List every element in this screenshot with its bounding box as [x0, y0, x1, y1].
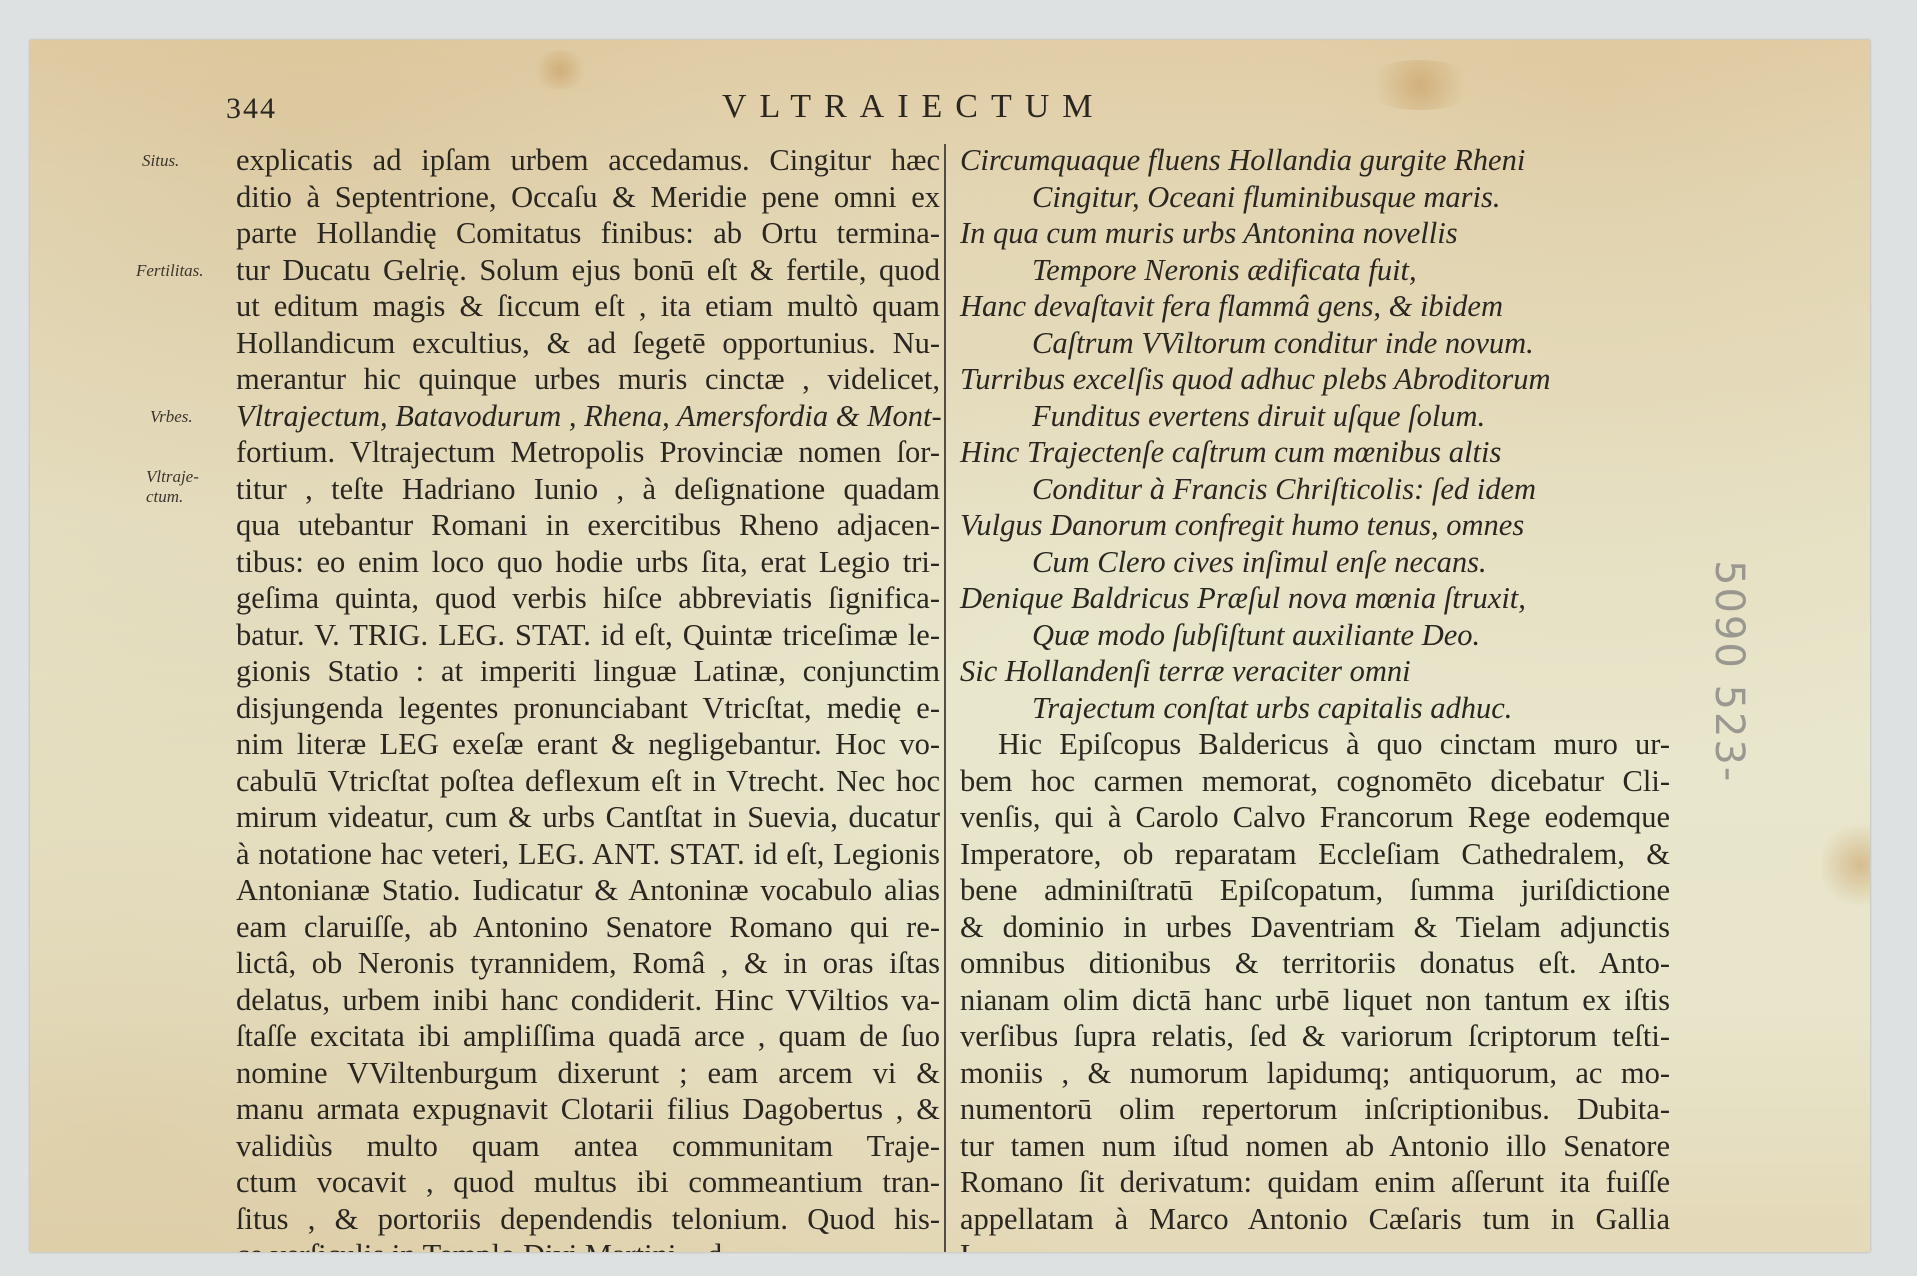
text-line: delatus, urbem inibi hanc condiderit. Hi… [236, 982, 940, 1019]
text-line: nomine VViltenburgum dixerunt ; eam arce… [236, 1055, 940, 1092]
verse-line: Hinc Trajectenſe caſtrum cum mœnibus alt… [960, 434, 1670, 471]
verse-line: Cum Clero cives inſimul enſe necans. [960, 544, 1670, 581]
text-line: manu armata expugnavit Clotarii filius D… [236, 1091, 940, 1128]
verse-line: Turribus excelſis quod adhuc plebs Abrod… [960, 361, 1670, 398]
margin-note-situs: Situs. [142, 152, 179, 170]
text-line: explicatis ad ipſam urbem accedamus. Cin… [236, 142, 940, 179]
foxing-stain [530, 50, 590, 90]
pencil-annotation: 5090 523- [1706, 560, 1752, 783]
verse-line: Conditur à Francis Chriſticolis: ſed ide… [960, 471, 1670, 508]
text-line: disjungenda legentes pronunciabant Vtric… [236, 690, 940, 727]
margin-note-ultrajectum-2: ctum. [146, 488, 183, 506]
text-line: ſitus , & portoriis dependendis telonium… [236, 1201, 940, 1238]
text-line: mirum videatur, cum & urbs Cantſtat in S… [236, 799, 940, 836]
text-line: venſis, qui à Carolo Calvo Francorum Reg… [960, 799, 1670, 836]
verse-line: Tempore Neronis ædificata fuit, [960, 252, 1670, 289]
verse-line: Funditus evertens diruit uſque ſolum. [960, 398, 1670, 435]
running-title: VLTRAIECTUM [722, 88, 1106, 126]
text-line: Hic Epiſcopus Baldericus à quo cinctam m… [960, 726, 1670, 763]
text-line: Vltrajectum, Batavodurum , Rhena, Amersf… [236, 398, 940, 435]
text-line: ditio à Septentrione, Occaſu & Meridie p… [236, 179, 940, 216]
text-line: numentorū olim repertorum inſcriptionibu… [960, 1091, 1670, 1128]
margin-note-ultrajectum-1: Vltraje- [146, 468, 199, 486]
text-line-truncated: L... [960, 1237, 1670, 1252]
verse-line: Quæ modo ſubſiſtunt auxiliante Deo. [960, 617, 1670, 654]
book-page: 344 VLTRAIECTUM Situs. Fertilitas. Vrbes… [30, 40, 1870, 1252]
text-line-truncated: ce verſiculis in Templo Divi Martini ...… [236, 1237, 940, 1252]
text-line: omnibus ditionibus & territoriis donatus… [960, 945, 1670, 982]
verse-block: Circumquaque fluens Hollandia gurgite Rh… [960, 142, 1670, 726]
left-column: explicatis ad ipſam urbem accedamus. Cin… [236, 142, 940, 1252]
text-line: nianam olim dictā hanc urbē liquet non t… [960, 982, 1670, 1019]
text-line: Antonianæ Statio. Iudicatur & Antoninæ v… [236, 872, 940, 909]
text-line: cabulū Vtricſtat poſtea deflexum eſt in … [236, 763, 940, 800]
text-line: tur tamen num iſtud nomen ab Antonio ill… [960, 1128, 1670, 1165]
verse-line: In qua cum muris urbs Antonina novellis [960, 215, 1670, 252]
text-line: parte Hollandię Comitatus finibus: ab Or… [236, 215, 940, 252]
text-line: bem hoc carmen memorat, cognomēto diceba… [960, 763, 1670, 800]
right-column: Circumquaque fluens Hollandia gurgite Rh… [960, 142, 1670, 1252]
margin-note-fertilitas: Fertilitas. [136, 262, 204, 280]
text-line: ſtaſſe excitata ibi ampliſſima quadā arc… [236, 1018, 940, 1055]
text-line: verſibus ſupra relatis, ſed & variorum ſ… [960, 1018, 1670, 1055]
text-line: qua utebantur Romani in exercitibus Rhen… [236, 507, 940, 544]
text-line: & dominio in urbes Daventriam & Tielam a… [960, 909, 1670, 946]
text-line: Romano ſit derivatum: quidam enim aſſeru… [960, 1164, 1670, 1201]
page-header: 344 VLTRAIECTUM [30, 92, 1870, 132]
text-line: validiùs multo quam antea communitam Tra… [236, 1128, 940, 1165]
page-number: 344 [226, 92, 277, 126]
text-line: geſima quinta, quod verbis hiſce abbrevi… [236, 580, 940, 617]
text-line: moniis , & numorum lapidumq; antiquorum,… [960, 1055, 1670, 1092]
verse-line: Caſtrum VViltorum conditur inde novum. [960, 325, 1670, 362]
verse-line: Hanc devaſtavit fera flammâ gens, & ibid… [960, 288, 1670, 325]
verse-line: Circumquaque fluens Hollandia gurgite Rh… [960, 142, 1670, 179]
text-line: appellatam à Marco Antonio Cæſaris tum i… [960, 1201, 1670, 1238]
verse-line: Vulgus Danorum confregit humo tenus, omn… [960, 507, 1670, 544]
text-line: bene adminiſtratū Epiſcopatum, ſumma jur… [960, 872, 1670, 909]
prose-block: Hic Epiſcopus Baldericus à quo cinctam m… [960, 726, 1670, 1252]
text-line: tur Ducatu Gelrię. Solum ejus bonū eſt &… [236, 252, 940, 289]
text-line: batur. V. TRIG. LEG. STAT. id eſt, Quint… [236, 617, 940, 654]
verse-line: Sic Hollandenſi terræ veraciter omni [960, 653, 1670, 690]
text-line: titur , teſte Hadriano Iunio , à deſigna… [236, 471, 940, 508]
verse-line: Trajectum conſtat urbs capitalis adhuc. [960, 690, 1670, 727]
verse-line: Denique Baldricus Præſul nova mœnia ſtru… [960, 580, 1670, 617]
text-line: lictâ, ob Neronis tyrannidem, Româ , & i… [236, 945, 940, 982]
text-line: ut editum magis & ſiccum eſt , ita etiam… [236, 288, 940, 325]
text-line: nim literæ LEG exeſæ erant & negligebant… [236, 726, 940, 763]
text-line: eam claruiſſe, ab Antonino Senatore Roma… [236, 909, 940, 946]
text-line: à notatione hac veteri, LEG. ANT. STAT. … [236, 836, 940, 873]
text-line: gionis Statio : at imperiti linguæ Latin… [236, 653, 940, 690]
margin-note-urbes: Vrbes. [150, 408, 193, 426]
text-line: ctum vocavit , quod multus ibi commeanti… [236, 1164, 940, 1201]
foxing-stain [1820, 820, 1870, 910]
column-divider [944, 144, 946, 1252]
text-line: merantur hic quinque urbes muris cinctæ … [236, 361, 940, 398]
text-line: Imperatore, ob reparatam Eccleſiam Cathe… [960, 836, 1670, 873]
text-line: tibus: eo enim loco quo hodie urbs ſita,… [236, 544, 940, 581]
verse-line: Cingitur, Oceani fluminibusque maris. [960, 179, 1670, 216]
text-line: fortium. Vltrajectum Metropolis Provinci… [236, 434, 940, 471]
text-line: Hollandicum excultius, & ad ſegetē oppor… [236, 325, 940, 362]
